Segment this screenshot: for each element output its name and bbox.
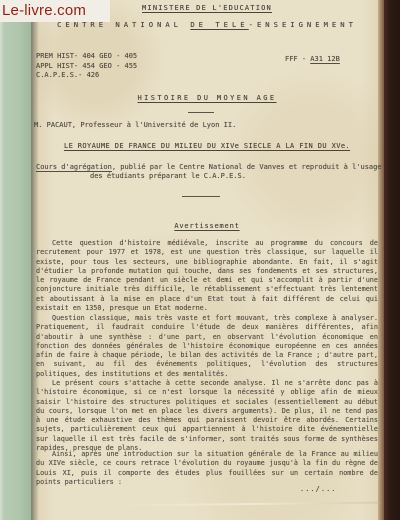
course-title: LE ROYAUME DE FRANCE DU MILIEU DU XIVe S… <box>36 142 378 151</box>
author-line: M. PACAUT, Professeur à l'Université de … <box>34 121 236 130</box>
paragraph-4: Ainsi, après une introduction sur la sit… <box>36 450 378 487</box>
scanned-document-page: { "watermark": "Le-livre.com", "header":… <box>0 0 400 520</box>
book-cover-right <box>384 0 400 520</box>
course-title-text: LE ROYAUME DE FRANCE DU MILIEU DU XIVe S… <box>64 142 350 150</box>
reference-code-right: FFF - A31 12B <box>285 55 340 64</box>
org-heading-post: -ENSEIGNEMENT <box>249 20 357 29</box>
course-note-line2: des étudiants préparant le C.A.P.E.S. <box>90 172 382 181</box>
avertissement-heading: Avertissement <box>36 222 378 231</box>
paragraph-3: Le présent cours s'attache à cette secon… <box>36 379 378 453</box>
avertissement-heading-text: Avertissement <box>174 222 239 230</box>
course-note-rest: , publié par le Centre National de Vanve… <box>112 163 382 171</box>
reference-prefix: FFF - <box>285 55 310 63</box>
code-line-3: C.A.P.E.S.- 426 <box>36 71 137 81</box>
course-note-underlined: Cours d'agrégation <box>36 163 112 171</box>
header-separator <box>182 196 220 197</box>
paragraph-2: Question classique, mais très vaste et f… <box>36 314 378 379</box>
book-cover-left <box>0 0 31 520</box>
subject-separator <box>188 112 214 113</box>
subject-heading-text: HISTOIRE DU MOYEN AGE <box>138 94 277 102</box>
paragraph-1: Cette question d'histoire médiévale, ins… <box>36 239 378 313</box>
org-heading-underlined: DE TELE <box>190 20 248 29</box>
course-note-line1: Cours d'agrégation, publié par le Centre… <box>36 163 382 172</box>
course-codes-left: PREM HIST- 404 GEO - 405 APPL HIST- 454 … <box>36 52 137 81</box>
continuation-mark: .../... <box>300 485 337 494</box>
course-note: Cours d'agrégation, publié par le Centre… <box>36 163 382 182</box>
subject-heading: HISTOIRE DU MOYEN AGE <box>36 94 378 103</box>
ministry-heading-text: MINISTERE DE L'EDUCATION <box>142 4 272 12</box>
code-line-1: PREM HIST- 404 GEO - 405 <box>36 52 137 62</box>
reference-number: A31 12B <box>310 55 340 63</box>
watermark-box: Le-livre.com <box>0 0 110 22</box>
watermark-label: Le-livre.com <box>0 0 110 19</box>
code-line-2: APPL HIST- 454 GEO - 455 <box>36 62 137 72</box>
